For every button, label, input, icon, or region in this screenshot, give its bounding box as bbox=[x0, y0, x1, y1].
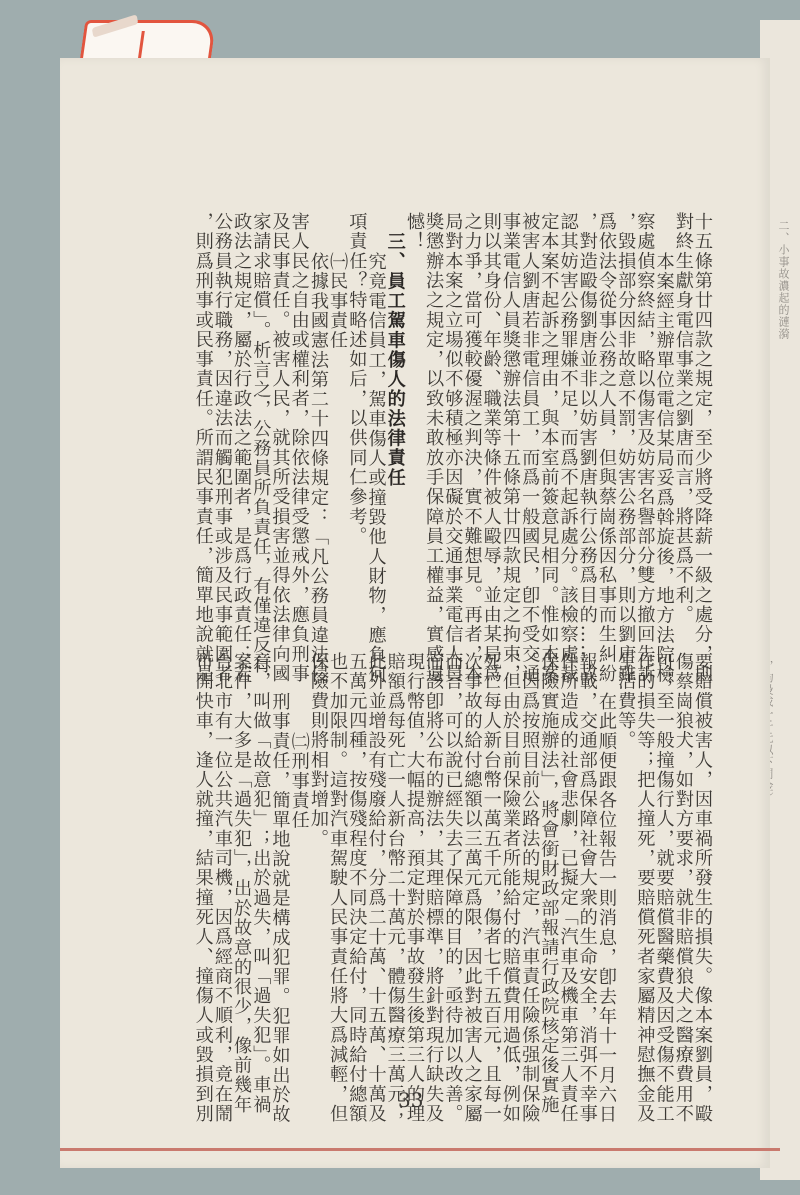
text-column: 局對本案之立場似不够積極亦因礙於交通事業電信人員 bbox=[443, 212, 462, 642]
text-column: 現行幣值，大幅提高，預定對於事故發生後第三人的理 bbox=[405, 652, 424, 1092]
text-column: 被害人劉唐若非電信員工，而爲一般國民，卽不受交通 bbox=[520, 212, 539, 642]
text-column: 作的損失等；把人撞死，要賠償死者家屬精神慰撫金及 bbox=[635, 652, 654, 1092]
text-column: 要賠償被害人，因車禍所發生的損失。像本案劉員，毆 bbox=[693, 652, 712, 1092]
text-column: ，對造毆傷劉唐並非以妨害劉唐執行公務爲目的……故 bbox=[578, 212, 597, 642]
text-column: 生活費等。 bbox=[616, 652, 635, 1092]
adjacent-page-heading: 二、小事故濃起的漣漪 bbox=[778, 220, 789, 340]
text-column: 可；至一般撞傷行人，就要賠償醫藥費及因受傷不能工 bbox=[654, 652, 673, 1092]
subheading-criminal: ㈡刑事責任 bbox=[290, 652, 309, 1092]
text-column: 報載，交通部爲保障社會大衆的生命安全，消弭不幸事 bbox=[578, 652, 597, 1092]
text-column: 憾！ bbox=[405, 212, 424, 642]
text-column: 家請求賠償」。析言之，公務員所負責任，有僅違反行 bbox=[251, 212, 270, 642]
text-column: 項責任？特略述如后，以供同仁參考。 bbox=[347, 212, 366, 642]
lower-text-block: 要賠償被害人，因車禍所發生的損失。像本案劉員，毆 傷蔡崗狼犬，如對方要求，就非賠… bbox=[115, 652, 712, 1092]
text-column: 究竟電信員工，駕車傷人或撞毀他人財物，應負何 bbox=[366, 212, 385, 642]
page-number: 33 bbox=[398, 1088, 423, 1112]
upper-text-block: 十五條第廿四款之規定，至少將受降薪一級之處分，則 對終生獻身電信事業之劉唐而言，… bbox=[120, 212, 712, 642]
text-column: 傷蔡崗狼犬，如對方要求，就非賠償狼犬之醫療費用不 bbox=[674, 652, 693, 1092]
page-edge bbox=[60, 1148, 780, 1151]
subheading-civil: ㈠民事責任 bbox=[328, 212, 347, 642]
text-column: 刑事責任，簡單地說就是構成犯罪。犯罪如出於故 bbox=[270, 652, 289, 1092]
text-column: 及民事責任。被害人民，就其所受損害並得依法律向國 bbox=[270, 212, 289, 642]
text-column: 。因爲按照目前公路法的規定，汽車責任險係强制保險 bbox=[520, 652, 539, 1092]
text-column: 次事故的給付總額以三萬元爲限，因此對被害人之家屬 bbox=[462, 652, 481, 1092]
text-column: 保險費則將相對增加。 bbox=[309, 652, 328, 1092]
text-column: 案件，大多是「過失犯」，出於故意的很少，像前幾年 bbox=[232, 652, 251, 1092]
text-column: 獎懲辦法之規定，以致未敢放手保障員工權益，實感遺 bbox=[424, 212, 443, 642]
text-column: 本案經主辦單位電信某局妥爲斡旋後，地方法院檢 bbox=[654, 212, 673, 642]
text-column: 意，叫做「故意犯」；出於過失，叫「過失犯」。車禍 bbox=[251, 652, 270, 1092]
text-column: 五萬元四種，按傷殘程度不同決定給付，同時給付總額 bbox=[347, 652, 366, 1092]
text-column: 爲依法令從事公務之人員，但與蔡崗係因私事而生糾紛 bbox=[597, 212, 616, 642]
text-column: 事業電信人員獎懲辦法第十五條第廿四款規定之拘束， bbox=[501, 212, 520, 642]
text-column: 死亡每人新台幣一萬五千元，傷者七千五百元，且每一 bbox=[482, 652, 501, 1092]
text-column: 公務員執行職務，因違法而觸犯刑事或涉及民事範圍者 bbox=[213, 212, 232, 642]
text-column: 十五條第廿四款之規定，至少將受降薪一級之處分，則 bbox=[693, 212, 712, 642]
text-column: 保險實施辦法」，將會銜財政部報請行政院核定後實施 bbox=[539, 652, 558, 1092]
text-column: 市開快車，逢人就撞，結果撞死人、撞傷人或毀損到別 bbox=[194, 652, 213, 1092]
text-column: ，但由於目前保險業者所能給付的賠償費用過低，例如 bbox=[501, 652, 520, 1092]
text-column: 在此順便跟各位報告一則消息，卽去年十一月六日 bbox=[597, 652, 616, 1092]
text-column: 害人民之自由或權利者，除依法律受懲戒外，應負刑事 bbox=[290, 212, 309, 642]
text-column: 賠額爲每死亡一人新台幣二十萬元，體傷醫療三萬元； bbox=[386, 652, 405, 1092]
text-column: 則以其身份、年齡、職業等條件被人毆辱，並由某局爲 bbox=[482, 212, 501, 642]
text-column: 對終生獻身電信事業之劉唐而言，將甚爲不利。 bbox=[674, 212, 693, 642]
text-column: 之力爭，當可獲較優渥之判決，實不難想見。再者，本 bbox=[462, 212, 481, 642]
text-column: ，毀損部分因非故意不罰，妨害公務部分，則以劉唐雖 bbox=[616, 212, 635, 642]
text-column: 台北市有一位公共汽車司機，因爲經商不順利，竟在鬧 bbox=[213, 652, 232, 1092]
text-column: 此外並增設有殘廢給付，分爲二十萬、十五萬、十萬及 bbox=[366, 652, 385, 1092]
text-column: 而言，可以說已經失去了保障的目的，亟待加以改善。 bbox=[443, 652, 462, 1092]
text-column: 認其妨害公務罪嫌不足，而爲不起訴處分。該檢察處裁 bbox=[558, 212, 577, 642]
text-column: 察處偵察終結，略以傷害及妨害名譽部分雙方撤回告訴 bbox=[635, 212, 654, 642]
text-column: ，則爲刑事或民事責任。所謂民事責任，簡單地說就是 bbox=[194, 212, 213, 642]
text-column: 件所造成的社會悲劇，已擬定「汽車及機車第三人責任 bbox=[558, 652, 577, 1092]
text-column: 依據我國憲法第二十四條規定：「凡公務員違法侵 bbox=[309, 212, 328, 642]
text-column: 政法之規定，屬於行政法之範圍者，是爲行政責任；若 bbox=[232, 212, 251, 642]
section-heading: 三、員工駕車傷人的法律責任 bbox=[386, 212, 405, 642]
text-column: 定本案不起訴之理由，與本室前簽意見相同。惟如本案 bbox=[539, 212, 558, 642]
text-column: 也不加限制。這對汽車駕駛人民事責任將大爲減輕，但 bbox=[328, 652, 347, 1092]
text-column: 而該卽將公布的辦法，其理賠標準，將針對現行缺失及 bbox=[424, 652, 443, 1092]
